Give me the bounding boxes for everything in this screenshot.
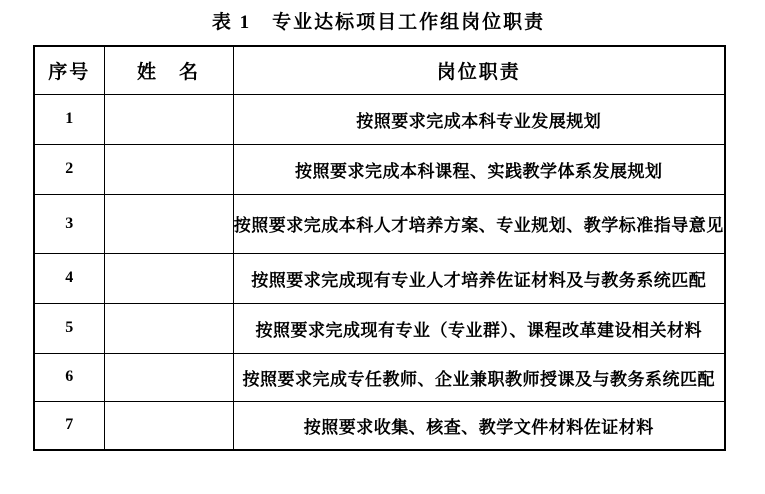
table-row: 6 按照要求完成专任教师、企业兼职教师授课及与教务系统匹配 (34, 353, 725, 401)
duty-cell: 按照要求完成专任教师、企业兼职教师授课及与教务系统匹配 (233, 353, 725, 401)
name-cell[interactable] (104, 144, 233, 194)
table-row: 5 按照要求完成现有专业（专业群）、课程改革建设相关材料 (34, 303, 725, 353)
name-cell[interactable] (104, 353, 233, 401)
name-cell[interactable] (104, 253, 233, 303)
row-number-cell: 7 (34, 401, 104, 450)
duty-cell: 按照要求完成本科人才培养方案、专业规划、教学标准指导意见 (233, 194, 725, 253)
table-row: 2 按照要求完成本科课程、实践教学体系发展规划 (34, 144, 725, 194)
table-row: 7 按照要求收集、核查、教学文件材料佐证材料 (34, 401, 725, 450)
row-number-cell: 4 (34, 253, 104, 303)
table-row: 1 按照要求完成本科专业发展规划 (34, 94, 725, 144)
row-number-cell: 6 (34, 353, 104, 401)
row-number-cell: 2 (34, 144, 104, 194)
header-cell-name: 姓 名 (104, 46, 233, 94)
name-cell[interactable] (104, 401, 233, 450)
name-cell[interactable] (104, 303, 233, 353)
duty-cell: 按照要求完成本科课程、实践教学体系发展规划 (233, 144, 725, 194)
duty-cell: 按照要求完成现有专业人才培养佐证材料及与教务系统匹配 (233, 253, 725, 303)
duty-cell: 按照要求完成现有专业（专业群）、课程改革建设相关材料 (233, 303, 725, 353)
row-number-cell: 3 (34, 194, 104, 253)
table-title: 表 1 专业达标项目工作组岗位职责 (33, 7, 724, 34)
duty-table: 序号 姓 名 岗位职责 1 按照要求完成本科专业发展规划 2 按照要求完成本科课… (33, 45, 726, 451)
row-number-cell: 5 (34, 303, 104, 353)
duty-cell: 按照要求收集、核查、教学文件材料佐证材料 (233, 401, 725, 450)
table-row: 4 按照要求完成现有专业人才培养佐证材料及与教务系统匹配 (34, 253, 725, 303)
row-number-cell: 1 (34, 94, 104, 144)
header-row: 序号 姓 名 岗位职责 (34, 46, 725, 94)
name-cell[interactable] (104, 194, 233, 253)
name-cell[interactable] (104, 94, 233, 144)
duty-cell: 按照要求完成本科专业发展规划 (233, 94, 725, 144)
header-cell-duty: 岗位职责 (233, 46, 725, 94)
header-cell-no: 序号 (34, 46, 104, 94)
table-row: 3 按照要求完成本科人才培养方案、专业规划、教学标准指导意见 (34, 194, 725, 253)
